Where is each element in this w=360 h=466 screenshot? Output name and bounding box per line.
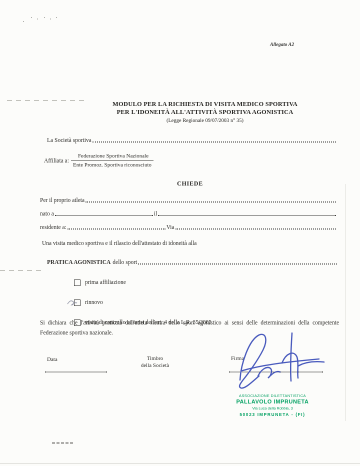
scan-artifact-line: [0, 270, 44, 271]
scan-speck: [37, 19, 38, 20]
checkbox-label: rinnovo: [85, 299, 103, 306]
via-label: Via: [166, 224, 174, 231]
scan-speck: [56, 17, 57, 18]
richiesta-text: Una visita medico sportiva e il rilascio…: [42, 240, 197, 247]
nato-fill-line: [55, 215, 153, 217]
societa-fill-line: [92, 141, 336, 143]
form-title: MODULO PER LA RICHIESTA DI VISITA MEDICO…: [80, 100, 330, 125]
checkbox-row-rinnovo: rinnovo: [74, 299, 360, 306]
affiliata-option-ente: Ente Promoz. Sportiva riconosciuto: [71, 161, 154, 169]
checkbox-label: prima affiliazione: [85, 279, 126, 286]
data-label: Data: [47, 356, 57, 363]
pratica-label-bold: PRATICA AGONISTICA: [47, 259, 111, 266]
pratica-label-rest: dello sport: [113, 259, 137, 266]
scan-artifact-footer-mark: [52, 442, 74, 444]
chiede-heading: CHIEDE: [20, 180, 360, 188]
allegato-label: Allegato A2: [270, 42, 294, 48]
societa-row: La Società sportiva: [47, 137, 337, 144]
scan-speck: [50, 19, 51, 20]
residente-row: residente a: Via: [40, 224, 337, 231]
club-stamp: ASSOCIAZIONE DILETTANTISTICA PALLAVOLO I…: [220, 393, 325, 418]
title-line-1: MODULO PER LA RICHIESTA DI VISITA MEDICO…: [80, 100, 330, 108]
data-nascita-fill-line: [158, 215, 336, 217]
timbro-label: Timbro della Società: [120, 355, 190, 369]
affiliata-row: Affiliata a: Federazione Sportiva Nazion…: [44, 153, 153, 169]
affiliata-option-federazione: Federazione Sportiva Nazionale: [71, 153, 154, 161]
scan-speck: [44, 17, 45, 18]
pratica-fill-line: [138, 263, 337, 265]
scan-speck: [23, 21, 24, 22]
timbro-line-2: della Società: [120, 362, 190, 369]
atleta-fill-line: [86, 201, 336, 203]
affiliata-options: Federazione Sportiva Nazionale Ente Prom…: [71, 153, 154, 169]
societa-label: La Società sportiva: [47, 137, 91, 144]
residente-label: residente a:: [40, 224, 66, 231]
affiliata-label: Affiliata a:: [44, 158, 69, 164]
title-line-3: (Legge Regionale 09/07/2003 n° 35): [80, 117, 330, 125]
atleta-label: Per il proprio atleta: [40, 197, 85, 204]
nato-row: nato a il: [40, 211, 337, 218]
pen-mark: [66, 297, 78, 307]
checkbox-prima-affiliazione: [74, 279, 81, 286]
residente-fill-line: [67, 228, 165, 230]
nato-label: nato a: [40, 211, 54, 218]
form-page: Allegato A2 MODULO PER LA RICHIESTA DI V…: [0, 0, 360, 466]
via-fill-line: [175, 228, 336, 230]
scan-speck: [31, 17, 32, 18]
title-line-2: PER L'IDONEITÀ ALL'ATTIVITÀ SPORTIVA AGO…: [80, 108, 330, 116]
scanned-document-page: Allegato A2 MODULO PER LA RICHIESTA DI V…: [0, 0, 360, 466]
scan-edge-shadow: [0, 464, 360, 465]
pratica-row: PRATICA AGONISTICA dello sport: [47, 259, 338, 266]
data-sign-line: [45, 371, 107, 373]
checkbox-row-prima-affiliazione: prima affiliazione: [74, 279, 360, 286]
stamp-line-4: 50023 IMPRUNETA - (FI): [220, 412, 325, 419]
handwritten-signature: [226, 328, 332, 391]
scan-artifact-vertical-line: [345, 184, 346, 421]
il-label: il: [154, 211, 157, 218]
atleta-row: Per il proprio atleta: [40, 197, 337, 204]
timbro-line-1: Timbro: [120, 355, 190, 362]
scan-artifact-line: [7, 100, 88, 101]
